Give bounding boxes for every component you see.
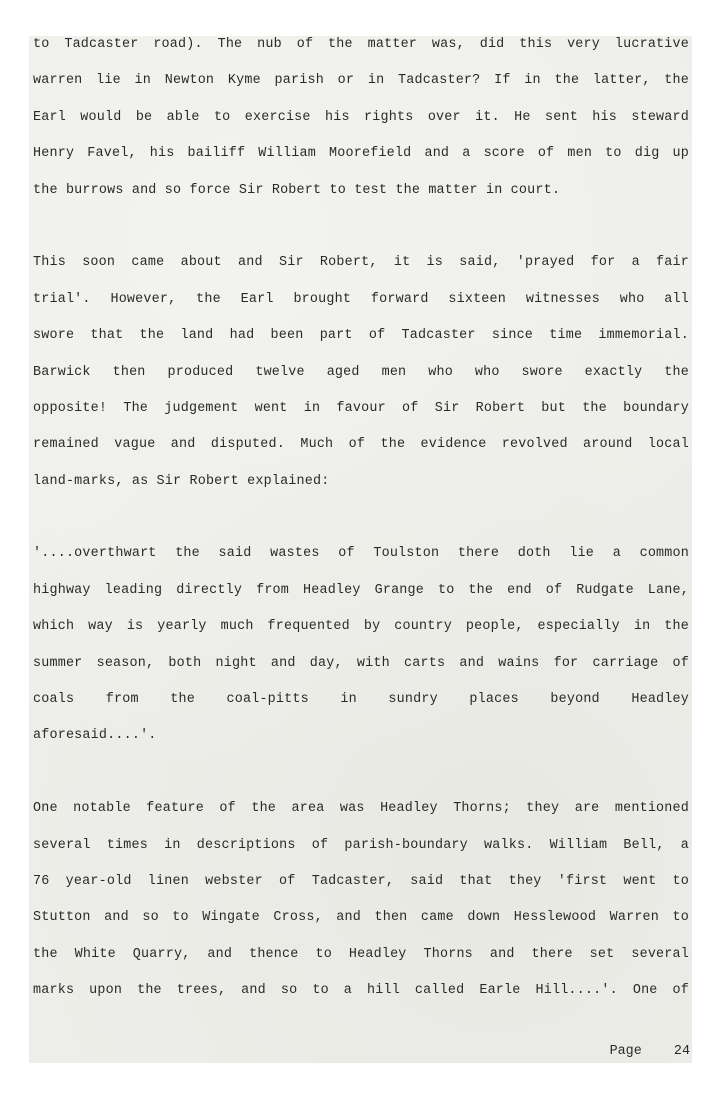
text-line: opposite! The judgement went in favour o…: [33, 400, 689, 436]
paragraph-1: to Tadcaster road). The nub of the matte…: [33, 36, 689, 218]
text-line: One notable feature of the area was Head…: [33, 800, 689, 836]
text-line: Barwick then produced twelve aged men wh…: [33, 364, 689, 400]
paragraph-gap: [33, 764, 689, 800]
paragraph-4: One notable feature of the area was Head…: [33, 800, 689, 1018]
text-line: Henry Favel, his bailiff William Moorefi…: [33, 145, 689, 181]
text-line: trial'. However, the Earl brought forwar…: [33, 291, 689, 327]
text-line: coals from the coal-pitts in sundry plac…: [33, 691, 689, 727]
text-line: to Tadcaster road). The nub of the matte…: [33, 36, 689, 72]
body-text: to Tadcaster road). The nub of the matte…: [33, 36, 689, 1019]
text-line: 76 year-old linen webster of Tadcaster, …: [33, 873, 689, 909]
page-number: 24: [674, 1044, 690, 1059]
text-line: the White Quarry, and thence to Headley …: [33, 946, 689, 982]
text-line: summer season, both night and day, with …: [33, 655, 689, 691]
paragraph-2: This soon came about and Sir Robert, it …: [33, 254, 689, 509]
paragraph-gap: [33, 509, 689, 545]
text-line: Stutton and so to Wingate Cross, and the…: [33, 909, 689, 945]
document-page: to Tadcaster road). The nub of the matte…: [29, 36, 692, 1063]
text-line: This soon came about and Sir Robert, it …: [33, 254, 689, 290]
text-line: land-marks, as Sir Robert explained:: [33, 473, 689, 509]
text-line: Earl would be able to exercise his right…: [33, 109, 689, 145]
paragraph-3-quotation: '....overthwart the said wastes of Touls…: [33, 545, 689, 763]
text-line: highway leading directly from Headley Gr…: [33, 582, 689, 618]
text-line: '....overthwart the said wastes of Touls…: [33, 545, 689, 581]
text-line: several times in descriptions of parish-…: [33, 837, 689, 873]
text-line: which way is yearly much frequented by c…: [33, 618, 689, 654]
page-label: Page: [610, 1044, 642, 1059]
text-line: swore that the land had been part of Tad…: [33, 327, 689, 363]
text-line: remained vague and disputed. Much of the…: [33, 436, 689, 472]
text-line: the burrows and so force Sir Robert to t…: [33, 182, 689, 218]
text-line: marks upon the trees, and so to a hill c…: [33, 982, 689, 1018]
text-line: aforesaid....'.: [33, 727, 689, 763]
paragraph-gap: [33, 218, 689, 254]
page-footer: Page 24: [610, 1044, 690, 1059]
text-line: warren lie in Newton Kyme parish or in T…: [33, 72, 689, 108]
